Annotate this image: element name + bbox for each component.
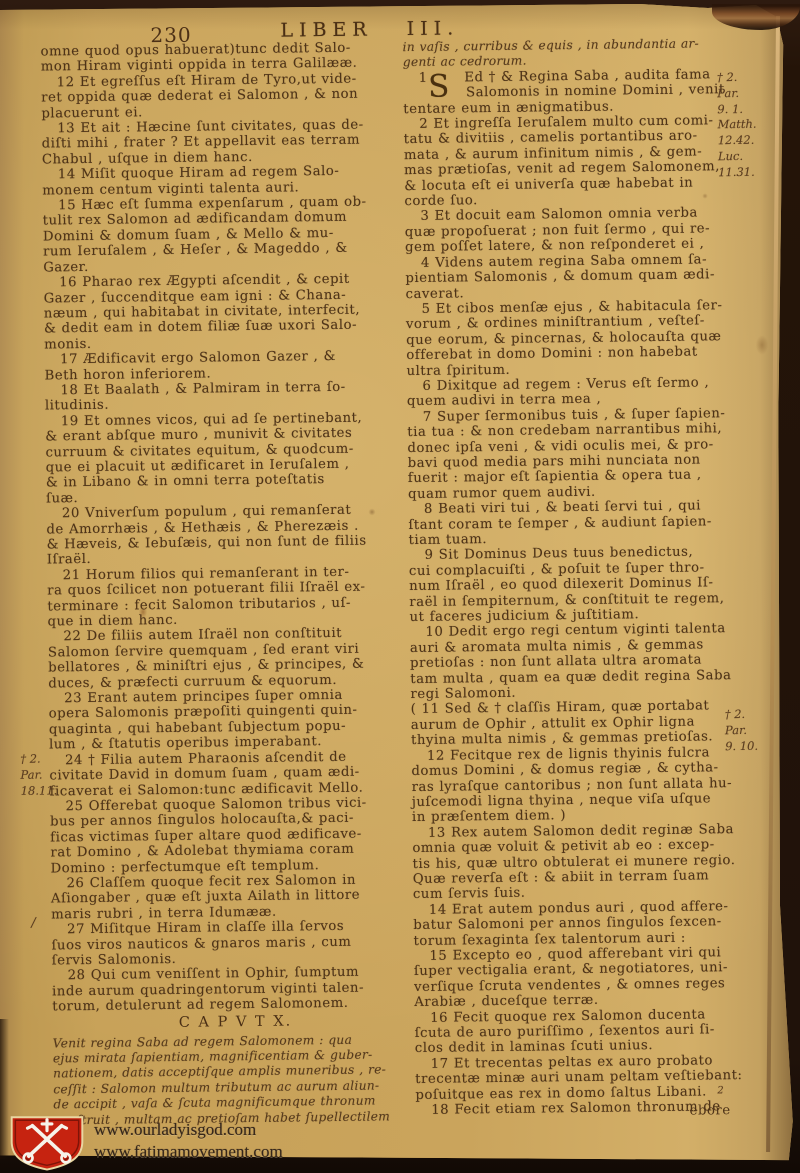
catchword: ebore [690,1103,731,1119]
margin-note-right-top: † 2.Par.9. 1.Matth.12.42.Luc.11.31. [717,70,757,181]
watermark-url-2: www.fatimamovement.com [94,1142,283,1162]
text-line: Par. [725,723,758,739]
text-line: 11.31. [718,165,757,181]
text-line: † 2. [20,751,57,767]
drop-cap-initial: S [428,72,450,103]
right-column-verses: 1 Ed † & Regina Saba , audita fama Salom… [403,67,736,1118]
margin-mark-left: / [31,916,36,931]
text-line: 9. 10. [725,738,758,754]
book-photo: { "header": { "page_number": "230", "tit… [0,0,800,1173]
margin-note-left: † 2.Par.18.11. [20,751,57,799]
text-line: 9. 1. [717,101,756,117]
watermark-shield-icon [8,1116,86,1172]
margin-mark-right: 2 [717,1085,724,1096]
text-line: 12.42. [718,133,757,149]
watermark-url-1: www.ourladyisgod.com [94,1120,256,1140]
text-line: † 2. [717,70,756,86]
right-column: in vaſis , curribus & equis , in abundan… [403,36,736,1118]
text-line: 18 Fecit etiam rex Salomon thronum de [416,1099,736,1118]
chapter-argument-continuation: in vaſis , curribus & equis , in abundan… [403,36,723,71]
text-line: † 2. [725,707,758,723]
text-line: Par. [20,767,57,783]
text-line: Luc. [718,149,757,165]
text-line: Par. [717,86,756,102]
chapter-heading: C A P V T X. [52,1012,418,1033]
text-line: 18.11. [21,783,58,799]
watermark: www.ourladyisgod.com www.fatimamovement.… [0,1112,420,1173]
left-column: omne quod opus habuerat)tunc dedit Salo-… [41,40,420,1128]
text-line: Matth. [717,117,756,133]
printed-text-layer: 230 LIBER III. omne quod opus habuerat)t… [0,0,800,1173]
margin-note-right-mid: † 2.Par.9. 10. [725,707,758,755]
left-column-verses: omne quod opus habuerat)tunc dedit Salo-… [41,40,419,1015]
page-title: LIBER III. [280,17,459,41]
